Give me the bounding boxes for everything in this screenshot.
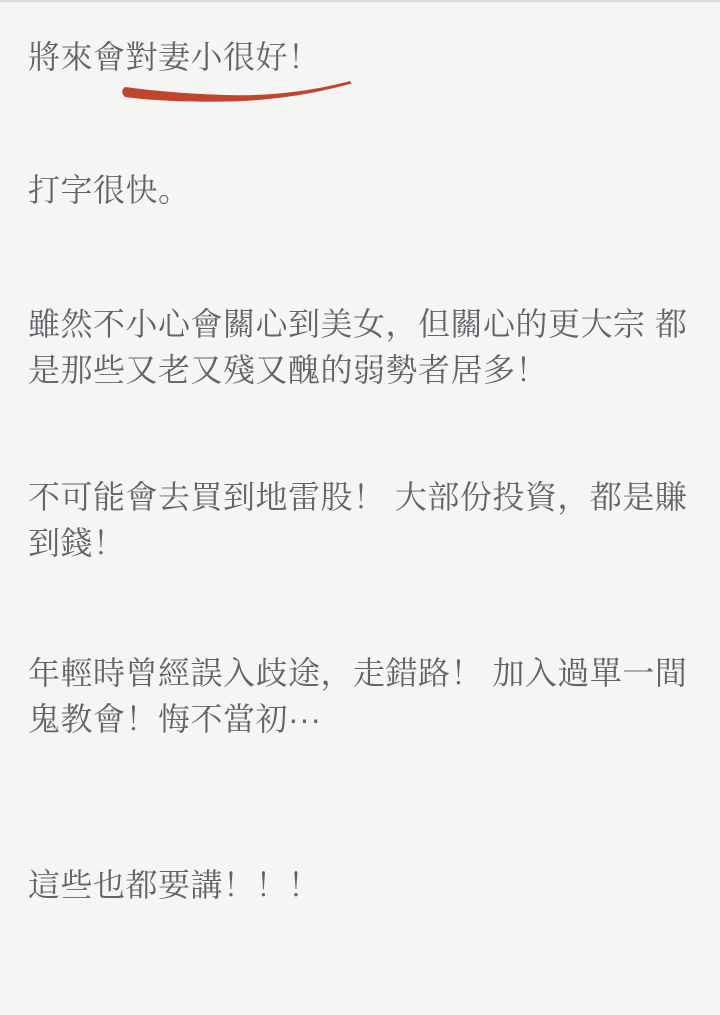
text-line: 到錢！ — [28, 520, 700, 566]
text-line: 將來會對妻小很好！ — [28, 34, 700, 80]
paragraph-4: 不可能會去買到地雷股！ 大部份投資，都是賺 到錢！ — [28, 474, 700, 566]
red-underline-stroke — [122, 81, 351, 102]
text-line: 年輕時曾經誤入歧途，走錯路！ 加入過單一間 — [28, 650, 700, 696]
text-line: 不可能會去買到地雷股！ 大部份投資，都是賺 — [28, 474, 700, 520]
text-line: 鬼教會！悔不當初··· — [28, 696, 700, 742]
paragraph-1: 將來會對妻小很好！ — [28, 34, 700, 80]
paragraph-2: 打字很快。 — [28, 167, 700, 213]
paragraph-3: 雖然不小心會關心到美女，但關心的更大宗 都 是那些又老又殘又醜的弱勢者居多！ — [28, 301, 700, 393]
text-line: 打字很快。 — [28, 167, 700, 213]
post-body: 將來會對妻小很好！ 打字很快。 雖然不小心會關心到美女，但關心的更大宗 都 是那… — [0, 0, 720, 1015]
text-line: 是那些又老又殘又醜的弱勢者居多！ — [28, 347, 700, 393]
paragraph-6: 這些也都要講！！！ — [28, 862, 700, 908]
paragraph-5: 年輕時曾經誤入歧途，走錯路！ 加入過單一間 鬼教會！悔不當初··· — [28, 650, 700, 742]
red-underline-annotation — [120, 78, 360, 106]
top-edge-divider — [0, 0, 720, 2]
text-line: 這些也都要講！！！ — [28, 862, 700, 908]
text-line: 雖然不小心會關心到美女，但關心的更大宗 都 — [28, 301, 700, 347]
red-underline-icon — [120, 78, 360, 106]
